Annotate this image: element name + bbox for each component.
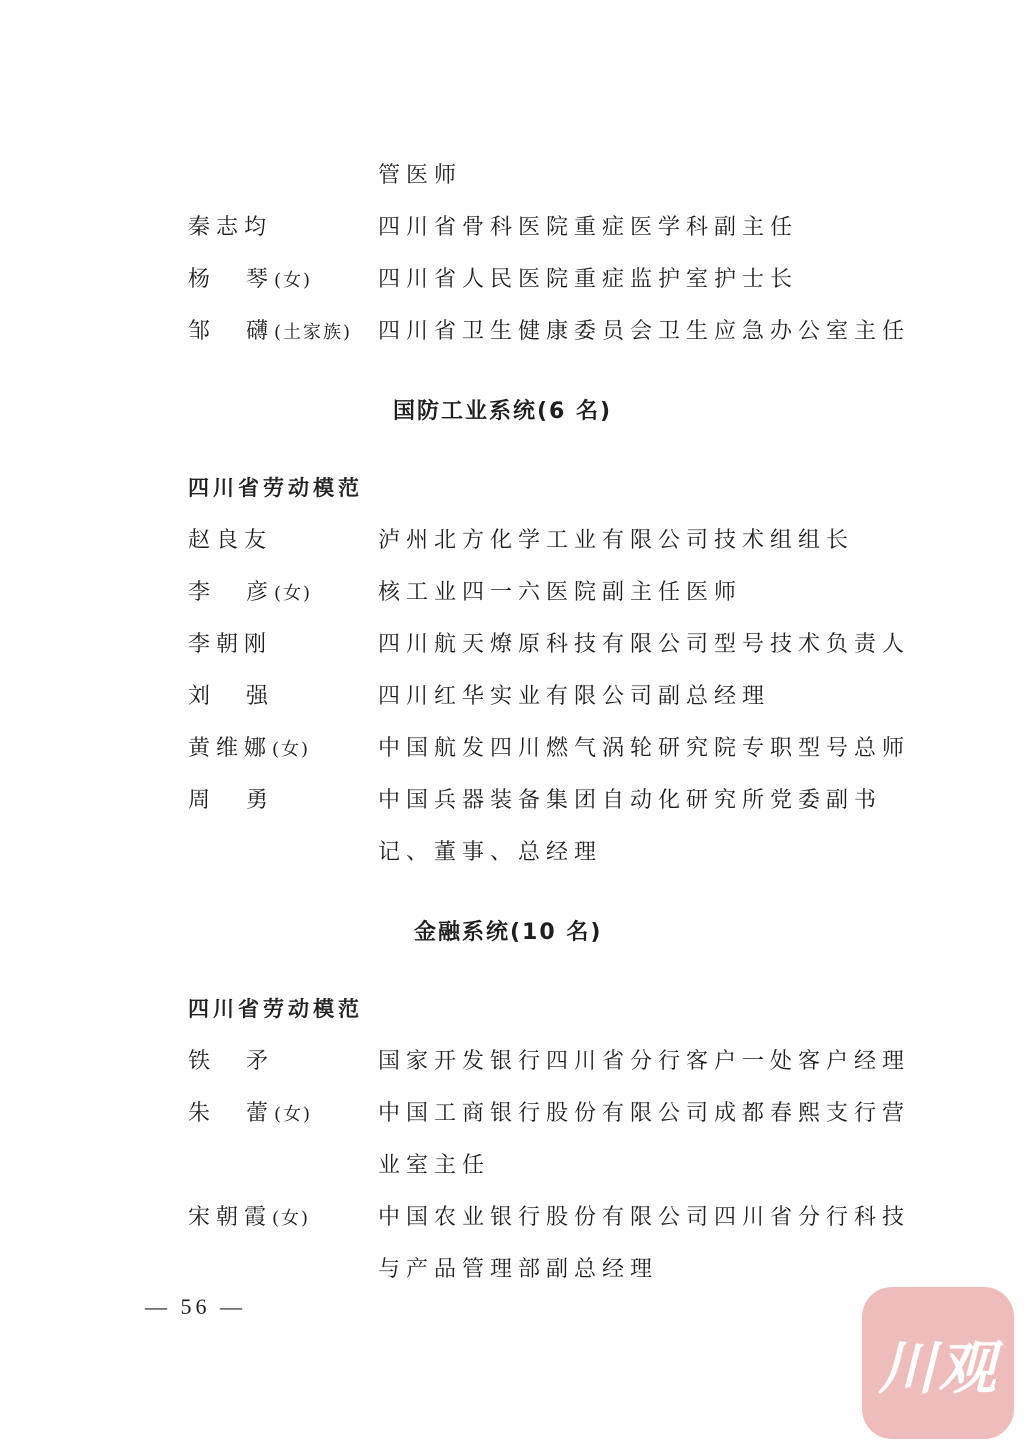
person-name: 周勇 bbox=[188, 786, 274, 816]
name-text: 杨 bbox=[188, 267, 216, 292]
person-title: 中国航发四川燃气涡轮研究院专职型号总师 bbox=[378, 734, 910, 764]
name-text: 李朝刚 bbox=[188, 632, 272, 657]
person-name: 赵良友 bbox=[188, 526, 272, 556]
person-name: 李彦(女) bbox=[188, 578, 312, 609]
section-subheading: 四川省劳动模范 bbox=[188, 994, 363, 1024]
name-text: 蕾 bbox=[246, 1101, 274, 1126]
name-text: 刘 bbox=[188, 684, 216, 709]
person-name: 铁矛 bbox=[188, 1047, 274, 1077]
person-name: 黄维娜(女) bbox=[188, 734, 310, 765]
name-note: (女) bbox=[274, 1104, 312, 1125]
person-name: 朱蕾(女) bbox=[188, 1099, 312, 1130]
person-title: 泸州北方化学工业有限公司技术组组长 bbox=[378, 526, 854, 556]
name-text: 强 bbox=[246, 684, 274, 709]
person-title: 四川红华实业有限公司副总经理 bbox=[378, 682, 770, 712]
person-title: 核工业四一六医院副主任医师 bbox=[378, 578, 742, 608]
person-name: 邹礴(土家族) bbox=[188, 317, 352, 348]
person-title: 四川省骨科医院重症医学科副主任 bbox=[378, 213, 798, 243]
name-text: 琴 bbox=[246, 267, 274, 292]
person-title: 四川省卫生健康委员会卫生应急办公室主任 bbox=[378, 317, 910, 347]
person-name: 杨琴(女) bbox=[188, 265, 312, 296]
section-heading: 金融系统(10 名) bbox=[414, 918, 602, 948]
person-title: 中国兵器装备集团自动化研究所党委副书 bbox=[378, 786, 882, 816]
name-text: 黄维娜 bbox=[188, 736, 272, 761]
person-title: 中国工商银行股份有限公司成都春熙支行营 bbox=[378, 1099, 910, 1129]
chuanguan-logo-watermark: 川观 bbox=[862, 1287, 1014, 1439]
name-text: 朱 bbox=[188, 1101, 216, 1126]
person-title: 四川航天燎原科技有限公司型号技术负责人 bbox=[378, 630, 910, 660]
name-note: (女) bbox=[272, 739, 310, 760]
name-text: 周 bbox=[188, 788, 216, 813]
section-subheading: 四川省劳动模范 bbox=[188, 473, 363, 503]
name-text: 宋朝霞 bbox=[188, 1205, 272, 1230]
name-text: 邹 bbox=[188, 319, 216, 344]
name-text: 礴 bbox=[246, 319, 274, 344]
name-text: 李 bbox=[188, 580, 216, 605]
name-note: (女) bbox=[274, 583, 312, 604]
name-note: (女) bbox=[274, 270, 312, 291]
name-text: 矛 bbox=[246, 1049, 274, 1074]
name-text: 秦志均 bbox=[188, 215, 272, 240]
person-title: 中国农业银行股份有限公司四川省分行科技 bbox=[378, 1203, 910, 1233]
person-title: 四川省人民医院重症监护室护士长 bbox=[378, 265, 798, 295]
person-name: 刘强 bbox=[188, 682, 274, 712]
person-title-cont: 与产品管理部副总经理 bbox=[378, 1255, 658, 1285]
person-name: 秦志均 bbox=[188, 213, 272, 243]
person-name: 宋朝霞(女) bbox=[188, 1203, 310, 1234]
person-title-cont: 业室主任 bbox=[378, 1151, 490, 1181]
person-title-cont: 记、董事、总经理 bbox=[378, 838, 602, 868]
name-note: (女) bbox=[272, 1208, 310, 1229]
section-heading: 国防工业系统(6 名) bbox=[393, 397, 612, 427]
person-title: 国家开发银行四川省分行客户一处客户经理 bbox=[378, 1047, 910, 1077]
watermark-text: 川观 bbox=[878, 1321, 998, 1405]
page-number: — 56 — bbox=[145, 1294, 246, 1320]
continuation-line: 管医师 bbox=[378, 161, 462, 191]
name-text: 赵良友 bbox=[188, 528, 272, 553]
name-note: (土家族) bbox=[274, 322, 352, 343]
name-text: 勇 bbox=[246, 788, 274, 813]
name-text: 铁 bbox=[188, 1049, 216, 1074]
person-name: 李朝刚 bbox=[188, 630, 272, 660]
name-text: 彦 bbox=[246, 580, 274, 605]
